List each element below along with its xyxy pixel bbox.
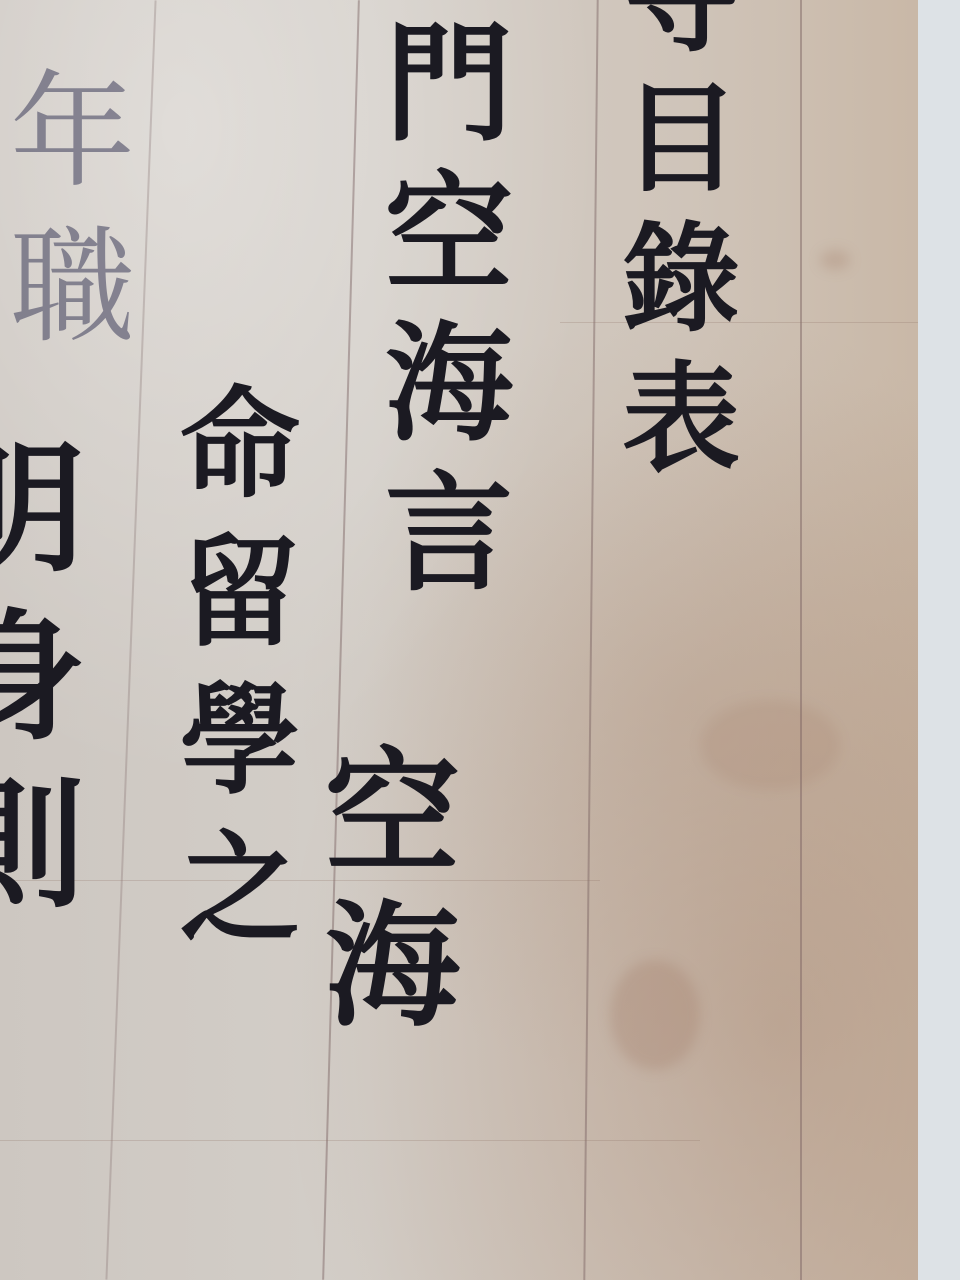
char: 空 <box>325 745 460 880</box>
char: 言 <box>385 470 513 598</box>
char: 目 <box>622 80 740 198</box>
char: 寺 <box>622 0 740 58</box>
column-main-continued: 空 海 <box>325 745 460 1033</box>
paper-stain <box>700 700 840 790</box>
ruled-line <box>583 0 598 1280</box>
char: 明 <box>0 440 85 580</box>
char: 身 <box>0 608 85 748</box>
char: 職 <box>10 225 135 350</box>
column-partial-left: 明 身 則 <box>0 440 85 916</box>
char: 空 <box>385 170 513 298</box>
paper-stain <box>820 250 850 270</box>
column-main: 門 空 海 言 <box>385 20 513 598</box>
char: 海 <box>385 320 513 448</box>
char: 門 <box>385 20 513 148</box>
paper-crease <box>0 880 600 881</box>
column-faded: 年 職 <box>10 70 135 350</box>
background-surface <box>918 0 960 1280</box>
column-title: 寺 目 錄 表 <box>622 0 740 478</box>
paper-crease <box>0 1140 700 1141</box>
char: 錄 <box>622 220 740 338</box>
ruled-line <box>322 0 360 1280</box>
char: 之 <box>180 829 300 949</box>
paper-stain <box>610 960 700 1070</box>
char: 年 <box>10 70 135 195</box>
char: 學 <box>180 681 300 801</box>
char: 海 <box>325 898 460 1033</box>
column-third: 命 留 學 之 <box>180 385 300 949</box>
manuscript-paper: 寺 目 錄 表 門 空 海 言 空 海 命 留 學 之 年 職 明 身 則 <box>0 0 918 1280</box>
ruled-line <box>800 0 802 1280</box>
char: 表 <box>622 360 740 478</box>
char: 留 <box>180 533 300 653</box>
char: 命 <box>180 385 300 505</box>
char: 則 <box>0 776 85 916</box>
